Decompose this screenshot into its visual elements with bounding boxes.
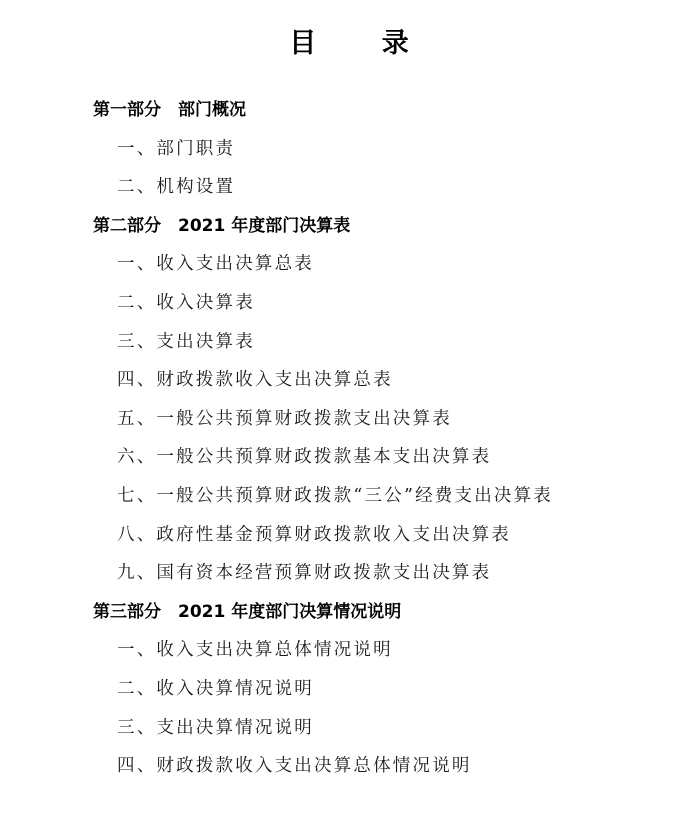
toc-item-fiscal-appropriation-summary-table[interactable]: 四、财政拨款收入支出决算总表: [0, 361, 698, 400]
toc-item-department-duties[interactable]: 一、部门职责: [0, 130, 698, 169]
toc-item-organization-setup[interactable]: 二、机构设置: [0, 168, 698, 207]
toc-section-part-1[interactable]: 第一部分部门概况: [0, 91, 698, 130]
section-number: 第二部分: [93, 207, 161, 246]
toc-item-income-explanation[interactable]: 二、收入决算情况说明: [0, 670, 698, 709]
toc-title: 目 录: [0, 24, 698, 64]
toc-item-expense-explanation[interactable]: 三、支出决算情况说明: [0, 709, 698, 748]
toc-item-overall-explanation[interactable]: 一、收入支出决算总体情况说明: [0, 631, 698, 670]
toc-section-part-2[interactable]: 第二部分2021 年度部门决算表: [0, 207, 698, 246]
toc-item-general-budget-expense-table[interactable]: 五、一般公共预算财政拨款支出决算表: [0, 400, 698, 439]
section-label: 2021 年度部门决算表: [178, 216, 350, 236]
toc-item-income-expense-summary-table[interactable]: 一、收入支出决算总表: [0, 245, 698, 284]
section-number: 第三部分: [93, 593, 161, 632]
toc-item-income-table[interactable]: 二、收入决算表: [0, 284, 698, 323]
toc-item-expense-table[interactable]: 三、支出决算表: [0, 323, 698, 362]
document-page: 目 录 第一部分部门概况 一、部门职责 二、机构设置 第二部分2021 年度部门…: [0, 0, 698, 821]
section-label: 部门概况: [178, 100, 246, 120]
toc-item-three-public-expenses-table[interactable]: 七、一般公共预算财政拨款“三公”经费支出决算表: [0, 477, 698, 516]
toc-item-general-budget-basic-expense-table[interactable]: 六、一般公共预算财政拨款基本支出决算表: [0, 438, 698, 477]
section-label: 2021 年度部门决算情况说明: [178, 602, 401, 622]
toc-item-government-fund-table[interactable]: 八、政府性基金预算财政拨款收入支出决算表: [0, 516, 698, 555]
table-of-contents: 第一部分部门概况 一、部门职责 二、机构设置 第二部分2021 年度部门决算表 …: [0, 91, 698, 786]
toc-item-state-capital-table[interactable]: 九、国有资本经营预算财政拨款支出决算表: [0, 554, 698, 593]
toc-section-part-3[interactable]: 第三部分2021 年度部门决算情况说明: [0, 593, 698, 632]
section-number: 第一部分: [93, 91, 161, 130]
toc-item-fiscal-appropriation-explanation[interactable]: 四、财政拨款收入支出决算总体情况说明: [0, 747, 698, 786]
